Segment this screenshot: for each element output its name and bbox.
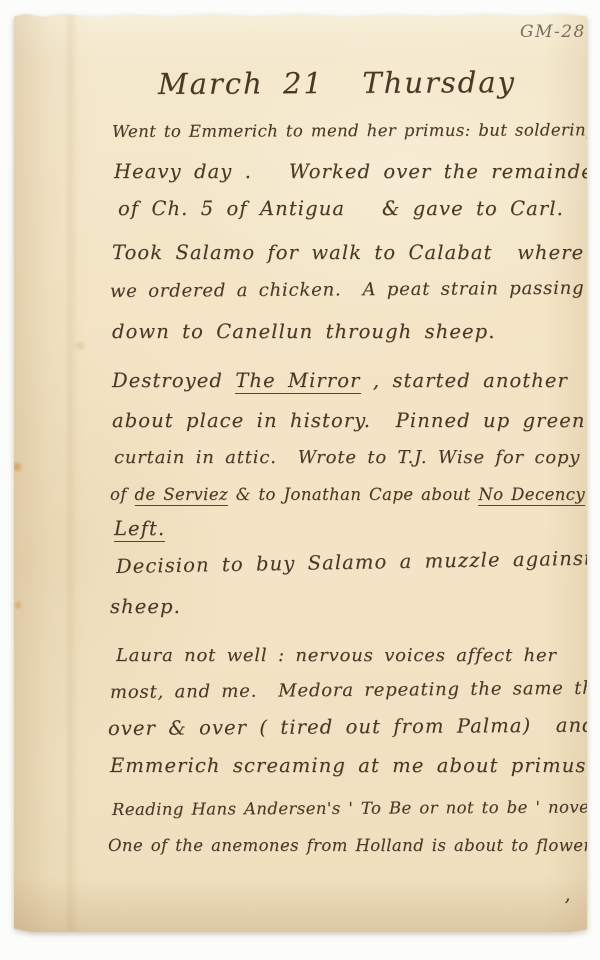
text-segment: & to Jonathan Cape about xyxy=(228,485,478,504)
paper-stain xyxy=(13,600,23,610)
diary-line: Emmerich screaming at me about primus. xyxy=(110,755,594,777)
diary-line: about place in history. Pinned up green xyxy=(112,410,586,432)
text-segment: Decision to buy Salamo a muzzle against xyxy=(116,547,593,578)
diary-line: Laura not well : nervous voices affect h… xyxy=(116,646,557,667)
text-segment: we ordered a chicken. A peat strain pass… xyxy=(110,278,585,302)
diary-line: Destroyed The Mirror , started another xyxy=(112,370,568,392)
diary-line: Went to Emmerich to mend her primus: but… xyxy=(112,121,600,142)
diary-line: Reading Hans Andersen's ' To Be or not t… xyxy=(112,798,600,820)
text-segment: of xyxy=(110,485,135,504)
diary-line: Decision to buy Salamo a muzzle against xyxy=(116,548,593,579)
text-segment: , started another xyxy=(361,369,568,392)
text-segment: of Ch. 5 of Antigua & gave to Carl. xyxy=(118,197,564,220)
text-segment: most, and me. Medora repeating the same … xyxy=(110,677,600,703)
text-segment: over & over ( tired out from Palma) and xyxy=(108,714,596,740)
text-segment: Destroyed xyxy=(112,369,235,392)
diary-line: sheep. xyxy=(110,596,181,618)
text-segment: Went to Emmerich to mend her primus: but… xyxy=(112,120,600,141)
archive-code: GM-28 xyxy=(520,23,586,43)
entry-date-title: March 21 Thursday xyxy=(158,66,516,101)
stray-ink-mark: ’ xyxy=(564,894,570,918)
underlined-title: Left. xyxy=(114,517,165,542)
diary-line: down to Canellun through sheep. xyxy=(112,321,496,343)
underlined-title: No Decency xyxy=(478,485,585,506)
text-segment: One of the anemones from Holland is abou… xyxy=(108,836,596,855)
text-segment: down to Canellun through sheep. xyxy=(112,320,496,343)
text-segment: about place in history. Pinned up green xyxy=(112,409,586,432)
paper-stain xyxy=(11,460,23,474)
text-segment: Emmerich screaming at me about primus. xyxy=(110,754,594,777)
underlined-title: The Mirror xyxy=(235,369,360,394)
diary-line: of de Serviez & to Jonathan Cape about N… xyxy=(110,486,585,505)
text-segment: curtain in attic. Wrote to T.J. Wise for… xyxy=(114,447,580,468)
diary-line: Took Salamo for walk to Calabat where xyxy=(112,242,584,264)
diary-line: most, and me. Medora repeating the same … xyxy=(110,678,600,703)
diary-line: One of the anemones from Holland is abou… xyxy=(108,837,596,856)
text-segment: Took Salamo for walk to Calabat where xyxy=(112,241,584,264)
text-segment: Reading Hans Andersen's ' To Be or not t… xyxy=(112,797,600,819)
diary-line: of Ch. 5 of Antigua & gave to Carl. xyxy=(118,198,564,220)
paper-stain xyxy=(72,340,88,351)
diary-line: Heavy day . Worked over the remainder xyxy=(114,161,600,183)
text-segment: Heavy day . Worked over the remainder xyxy=(114,160,600,183)
text-segment: sheep. xyxy=(110,595,181,618)
paper-sheet: GM-28 March 21 Thursday Went to Emmerich… xyxy=(14,12,587,932)
diary-line: we ordered a chicken. A peat strain pass… xyxy=(110,279,585,303)
underlined-title: de Serviez xyxy=(135,485,229,506)
diary-page: GM-28 March 21 Thursday Went to Emmerich… xyxy=(14,12,587,932)
text-segment: Laura not well : nervous voices affect h… xyxy=(116,645,557,666)
diary-line: Left. xyxy=(114,518,165,540)
diary-line: over & over ( tired out from Palma) and xyxy=(108,715,596,741)
diary-line: curtain in attic. Wrote to T.J. Wise for… xyxy=(114,448,580,469)
